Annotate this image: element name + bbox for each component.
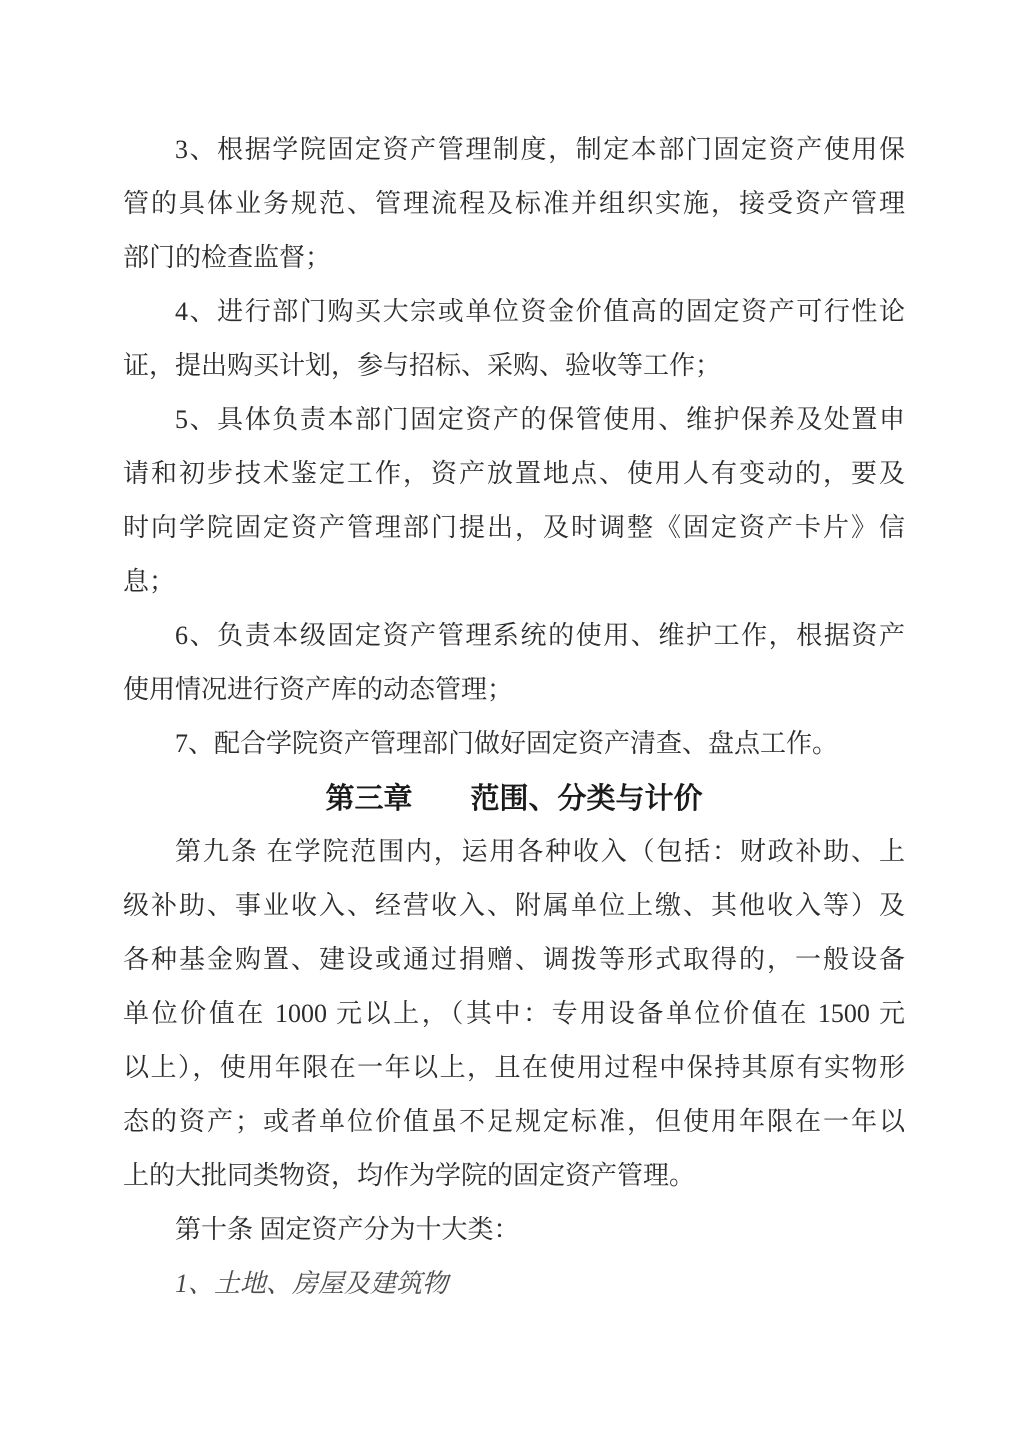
text-line: 部门的检查监督；	[123, 231, 905, 285]
text-line: 第十条 固定资产分为十大类：	[123, 1203, 905, 1257]
text-line: 上的大批同类物资，均作为学院的固定资产管理。	[123, 1149, 905, 1203]
text-line: 以上），使用年限在一年以上，且在使用过程中保持其原有实物形	[123, 1041, 905, 1095]
text-line: 6、负责本级固定资产管理系统的使用、维护工作，根据资产	[123, 609, 905, 663]
text-line: 使用情况进行资产库的动态管理；	[123, 663, 905, 717]
text-line: 7、配合学院资产管理部门做好固定资产清查、盘点工作。	[123, 717, 905, 771]
text-line: 1、土地、房屋及建筑物	[123, 1257, 905, 1311]
text-line: 3、根据学院固定资产管理制度，制定本部门固定资产使用保	[123, 123, 905, 177]
text-line: 息；	[123, 555, 905, 609]
document-page: 3、根据学院固定资产管理制度，制定本部门固定资产使用保 管的具体业务规范、管理流…	[0, 0, 1024, 1448]
text-line: 级补助、事业收入、经营收入、附属单位上缴、其他收入等）及	[123, 879, 905, 933]
document-body: 3、根据学院固定资产管理制度，制定本部门固定资产使用保 管的具体业务规范、管理流…	[123, 123, 905, 1311]
text-line: 4、进行部门购买大宗或单位资金价值高的固定资产可行性论	[123, 285, 905, 339]
text-line: 第九条 在学院范围内，运用各种收入（包括：财政补助、上	[123, 825, 905, 879]
text-line: 态的资产；或者单位价值虽不足规定标准，但使用年限在一年以	[123, 1095, 905, 1149]
text-line: 各种基金购置、建设或通过捐赠、调拨等形式取得的，一般设备	[123, 933, 905, 987]
text-line: 时向学院固定资产管理部门提出，及时调整《固定资产卡片》信	[123, 501, 905, 555]
chapter-heading: 第三章 范围、分类与计价	[123, 771, 905, 825]
text-line: 5、具体负责本部门固定资产的保管使用、维护保养及处置申	[123, 393, 905, 447]
text-line: 单位价值在 1000 元以上，（其中：专用设备单位价值在 1500 元	[123, 987, 905, 1041]
text-line: 证，提出购买计划，参与招标、采购、验收等工作；	[123, 339, 905, 393]
text-line: 请和初步技术鉴定工作，资产放置地点、使用人有变动的，要及	[123, 447, 905, 501]
text-line: 管的具体业务规范、管理流程及标准并组织实施，接受资产管理	[123, 177, 905, 231]
